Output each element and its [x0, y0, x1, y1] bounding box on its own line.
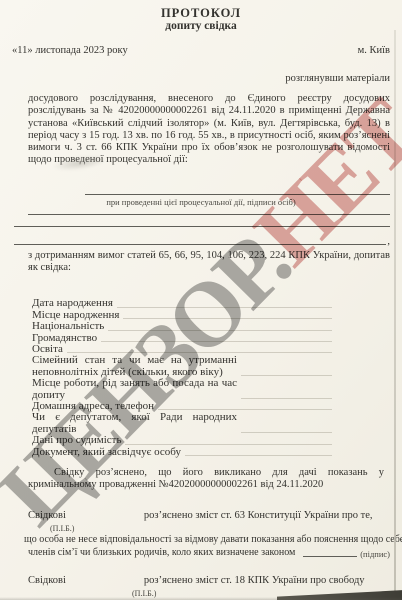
witness-label: Свідкові [28, 510, 66, 522]
clause-article-18: Свідкові роз’яснено зміст ст. 18 КПК Укр… [28, 575, 390, 598]
field-fill-line [241, 432, 332, 433]
field-label: Національність [32, 321, 104, 332]
form-field-row: Місце роботи, рід занять або посада на ч… [32, 378, 332, 401]
field-fill-line [67, 352, 332, 353]
clause-article-63: Свідкові роз’яснено зміст ст. 63 Констит… [28, 510, 390, 559]
clause1-body-line1: що особа не несе відповідальності за від… [24, 534, 390, 546]
witness-name-blank [66, 510, 144, 522]
form-field-row: Чи є депутатом, якої Ради народних депут… [32, 412, 332, 435]
clause1-body-line2-row: членів сім’ї чи близьких родичів, коло я… [28, 547, 390, 559]
form-field-row: Дані про судимість [32, 435, 332, 446]
field-fill-line [158, 409, 332, 410]
document-title: ПРОТОКОЛ [12, 6, 390, 20]
compliance-paragraph: з дотриманням вимог статей 65, 66, 95, 1… [28, 250, 390, 275]
signature-blank-line-1 [85, 194, 390, 195]
scan-edge-line [394, 30, 396, 594]
clause1-header-row: Свідкові роз’яснено зміст ст. 63 Констит… [28, 510, 390, 522]
field-fill-line [125, 444, 332, 445]
field-label: Чи є депутатом, якої Ради народних депут… [32, 412, 237, 435]
date-city-row: «11» листопада 2023 року м. Київ [12, 45, 390, 57]
document-city: м. Київ [358, 45, 390, 57]
trailing-comma: , [387, 239, 390, 245]
signature-line [303, 556, 357, 557]
field-label: Місце роботи, рід занять або посада на ч… [32, 378, 237, 401]
field-fill-line [123, 318, 332, 319]
field-label: Документ, який засвідчує особу [32, 447, 181, 458]
field-fill-line [241, 398, 332, 399]
signature-caption: (підпис) [360, 549, 390, 559]
form-field-row: Сімейний стан та чи має на утриманні неп… [32, 355, 332, 378]
document-page: ПРОТОКОЛ допиту свідка «11» листопада 20… [0, 0, 402, 600]
signature-blank-line-2 [28, 214, 390, 215]
field-fill-line [101, 341, 332, 342]
form-field-row: Національність [32, 321, 332, 332]
field-fill-line [108, 330, 332, 331]
pib-caption: (П.І.Б.) [132, 589, 390, 598]
form-field-row: Громадянство [32, 333, 332, 344]
pib-caption: (П.І.Б.) [50, 524, 390, 533]
document-header: ПРОТОКОЛ допиту свідка [12, 6, 390, 33]
clause2-header-row: Свідкові роз’яснено зміст ст. 18 КПК Укр… [28, 575, 390, 587]
field-label: Дані про судимість [32, 435, 121, 446]
intro-paragraph: досудового розслідування, внесеного до Є… [28, 93, 390, 167]
witness-name-blank [66, 575, 144, 587]
clause1-intro: роз’яснено зміст ст. 63 Конституції Укра… [144, 510, 373, 522]
intro-lead-line: розглянувши матеріали [12, 73, 390, 85]
clause2-intro: роз’яснено зміст ст. 18 КПК України про … [144, 575, 365, 587]
field-fill-line [185, 455, 332, 456]
witness-fields-list: Дата народженняМісце народженняНаціональ… [32, 298, 332, 458]
document-date: «11» листопада 2023 року [12, 45, 128, 57]
field-fill-line [241, 375, 332, 376]
witness-label: Свідкові [28, 575, 66, 587]
field-label: Сімейний стан та чи має на утриманні неп… [32, 355, 237, 378]
form-field-row: Документ, який засвідчує особу [32, 447, 332, 458]
clause1-body-line2: членів сім’ї чи близьких родичів, коло я… [28, 547, 295, 559]
blank-lines-caption: при проведенні цієї процесуальної дії, п… [12, 197, 390, 207]
signature-blank-line-3 [14, 226, 390, 227]
signature-blank-line-4-row: , [14, 239, 390, 245]
summon-paragraph: Свідку роз’яснено, що його викликано для… [28, 467, 384, 492]
document-subtitle: допиту свідка [12, 20, 390, 33]
signature-blank-line-4 [14, 244, 386, 245]
field-fill-line [117, 307, 332, 308]
